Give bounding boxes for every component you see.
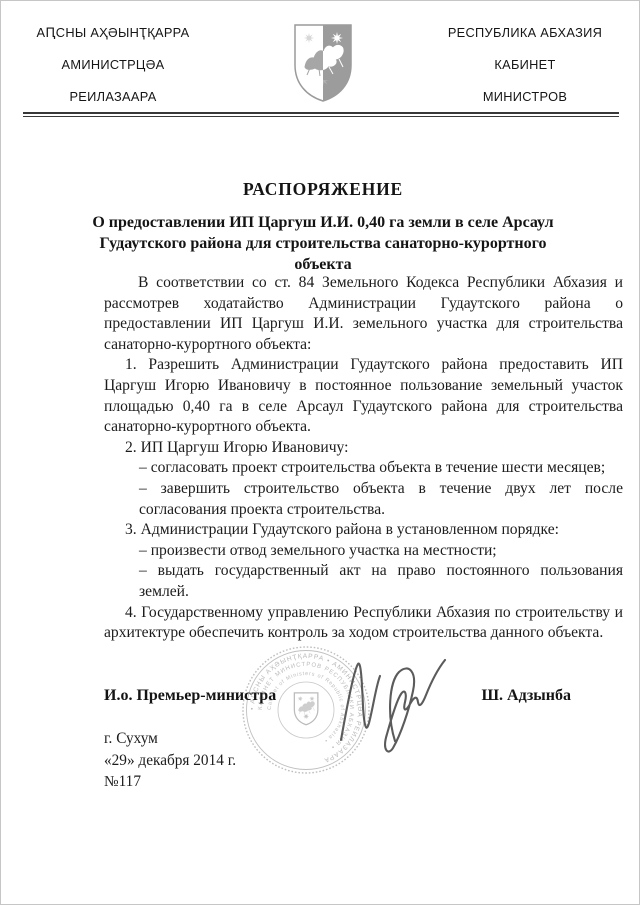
order-item-2-sub-1: – согласовать проект строительства объек… (139, 458, 623, 479)
letterhead-divider (23, 112, 619, 117)
abkhazia-coat-of-arms-icon (293, 23, 353, 108)
document-body: В соответствии со ст. 84 Земельного Коде… (104, 273, 623, 644)
letterhead-russian-line-3: МИНИСТРОВ (447, 89, 603, 104)
letterhead-abkhaz-line-2: АМИНИСТРЦӘА (29, 57, 197, 72)
order-item-3-sub-2: – выдать государственный акт на право по… (139, 561, 623, 602)
order-item-3: 3. Администрации Гудаутского района в ус… (104, 520, 623, 541)
footer-number: №117 (104, 771, 236, 793)
document-subject: О предоставлении ИП Царгуш И.И. 0,40 га … (73, 212, 573, 275)
letterhead-russian: РЕСПУБЛИКА АБХАЗИЯ КАБИНЕТ МИНИСТРОВ (447, 25, 603, 121)
signatory-name: Ш. Адзынба (481, 687, 571, 705)
order-item-2-sub-2: – завершить строительство объекта в тече… (139, 479, 623, 520)
document-page: АԤСНЫ АҲӘЫНҬҚАРРА АМИНИСТРЦӘА РЕИЛАЗААРА… (0, 0, 640, 905)
letterhead-abkhaz-line-3: РЕИЛАЗААРА (29, 89, 197, 104)
order-item-1: 1. Разрешить Администрации Гудаутского р… (104, 355, 623, 437)
letterhead-russian-line-2: КАБИНЕТ (447, 57, 603, 72)
footer-date: «29» декабря 2014 г. (104, 750, 236, 772)
document-footer: г. Сухум «29» декабря 2014 г. №117 (104, 728, 236, 793)
signatory-role: И.о. Премьер-министра (104, 687, 276, 705)
order-item-4: 4. Государственному управлению Республик… (104, 603, 623, 644)
letterhead-abkhaz-line-1: АԤСНЫ АҲӘЫНҬҚАРРА (29, 25, 197, 40)
document-title: РАСПОРЯЖЕНИЕ (1, 179, 640, 200)
letterhead-abkhaz: АԤСНЫ АҲӘЫНҬҚАРРА АМИНИСТРЦӘА РЕИЛАЗААРА (29, 25, 197, 121)
order-item-3-sub-1: – произвести отвод земельного участка на… (139, 541, 623, 562)
footer-place: г. Сухум (104, 728, 236, 750)
order-item-2: 2. ИП Царгуш Игорю Ивановичу: (104, 438, 623, 459)
letterhead-russian-line-1: РЕСПУБЛИКА АБХАЗИЯ (447, 25, 603, 40)
preamble-paragraph: В соответствии со ст. 84 Земельного Коде… (104, 273, 623, 355)
signature-scrawl (331, 644, 457, 761)
